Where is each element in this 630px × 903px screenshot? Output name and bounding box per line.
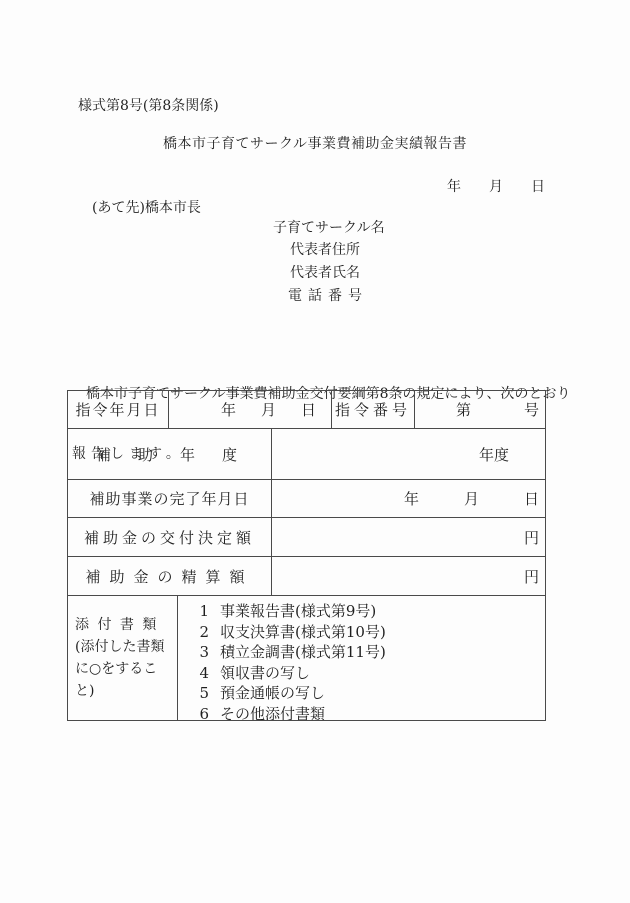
table-row-grant-decision-amount: 補助金の交付決定額 円: [68, 517, 545, 556]
settlement-amount-label: 補助金の精算額: [68, 557, 271, 595]
directive-date-label: 指令年月日: [68, 391, 168, 428]
document-page: 様式第8号(第8条関係) 橋本市子育てサークル事業費補助金実績報告書 年 月 日…: [0, 0, 630, 903]
completion-date-label: 補助事業の完了年月日: [68, 480, 271, 517]
attachment-item-text: 積立金調書(様式第11号): [220, 642, 386, 663]
settlement-amount-value: 円: [271, 557, 545, 595]
attachment-item-number: 6: [195, 704, 209, 721]
attachment-item: 4 領収書の写し: [195, 663, 310, 684]
representative-name-label: 代表者氏名: [290, 262, 360, 282]
completion-date-value: 年 月 日: [271, 480, 545, 517]
attachment-item: 6 その他添付書類: [195, 704, 325, 721]
table-row-directive: 指令年月日 年 月 日 指令番号 第 号: [68, 391, 545, 428]
attachment-item-text: 事業報告書(様式第9号): [220, 601, 376, 622]
attachments-label-line-1: 添 付 書 類: [75, 614, 158, 636]
attachment-item-text: 収支決算書(様式第10号): [220, 622, 386, 643]
attachments-label-line-3: に○をするこ: [75, 658, 157, 680]
subsidy-year-label: 補 助 年 度: [68, 429, 271, 479]
subsidy-year-value: 年度: [271, 429, 545, 479]
table-row-attachments: 添 付 書 類 (添付した書類 に○をするこ と) 1 事業報告書(様式第9号)…: [68, 595, 545, 720]
attachments-label-line-4: と): [75, 680, 94, 702]
representative-address-label: 代表者住所: [290, 239, 360, 259]
table-row-completion-date: 補助事業の完了年月日 年 月 日: [68, 479, 545, 517]
directive-date-value: 年 月 日: [168, 391, 331, 428]
attachment-item-text: その他添付書類: [220, 704, 325, 721]
attachment-item-number: 1: [195, 601, 209, 622]
attachment-item: 3 積立金調書(様式第11号): [195, 642, 386, 663]
grant-decision-amount-label: 補助金の交付決定額: [68, 518, 271, 556]
addressee: (あて先)橋本市長: [92, 197, 201, 217]
table-row-settlement-amount: 補助金の精算額 円: [68, 556, 545, 595]
attachment-item-number: 2: [195, 622, 209, 643]
attachment-item: 5 預金通帳の写し: [195, 683, 325, 704]
phone-number-label: 電話番号: [288, 285, 368, 305]
table-row-subsidy-year: 補 助 年 度 年度: [68, 428, 545, 479]
circle-name-label: 子育てサークル名: [273, 217, 385, 237]
attachment-item-text: 領収書の写し: [220, 663, 310, 684]
attachment-item-number: 3: [195, 642, 209, 663]
attachments-label-line-2: (添付した書類: [75, 636, 164, 658]
attachment-item-text: 預金通帳の写し: [220, 683, 325, 704]
attachments-list: 1 事業報告書(様式第9号) 2 収支決算書(様式第10号) 3 積立金調書(様…: [177, 596, 545, 720]
attachment-item: 1 事業報告書(様式第9号): [195, 601, 376, 622]
attachment-item-number: 4: [195, 663, 209, 684]
directive-number-value: 第 号: [414, 391, 545, 428]
grant-decision-amount-value: 円: [271, 518, 545, 556]
date-line: 年 月 日: [447, 176, 545, 196]
document-title: 橋本市子育てサークル事業費補助金実績報告書: [0, 133, 630, 153]
attachments-label: 添 付 書 類 (添付した書類 に○をするこ と): [68, 596, 177, 720]
form-number: 様式第8号(第8条関係): [78, 95, 219, 115]
directive-number-label: 指令番号: [331, 391, 414, 428]
attachment-item-number: 5: [195, 683, 209, 704]
attachment-item: 2 収支決算書(様式第10号): [195, 622, 386, 643]
report-table: 指令年月日 年 月 日 指令番号 第 号 補 助 年 度 年度 補助事業の完了年…: [67, 390, 546, 721]
